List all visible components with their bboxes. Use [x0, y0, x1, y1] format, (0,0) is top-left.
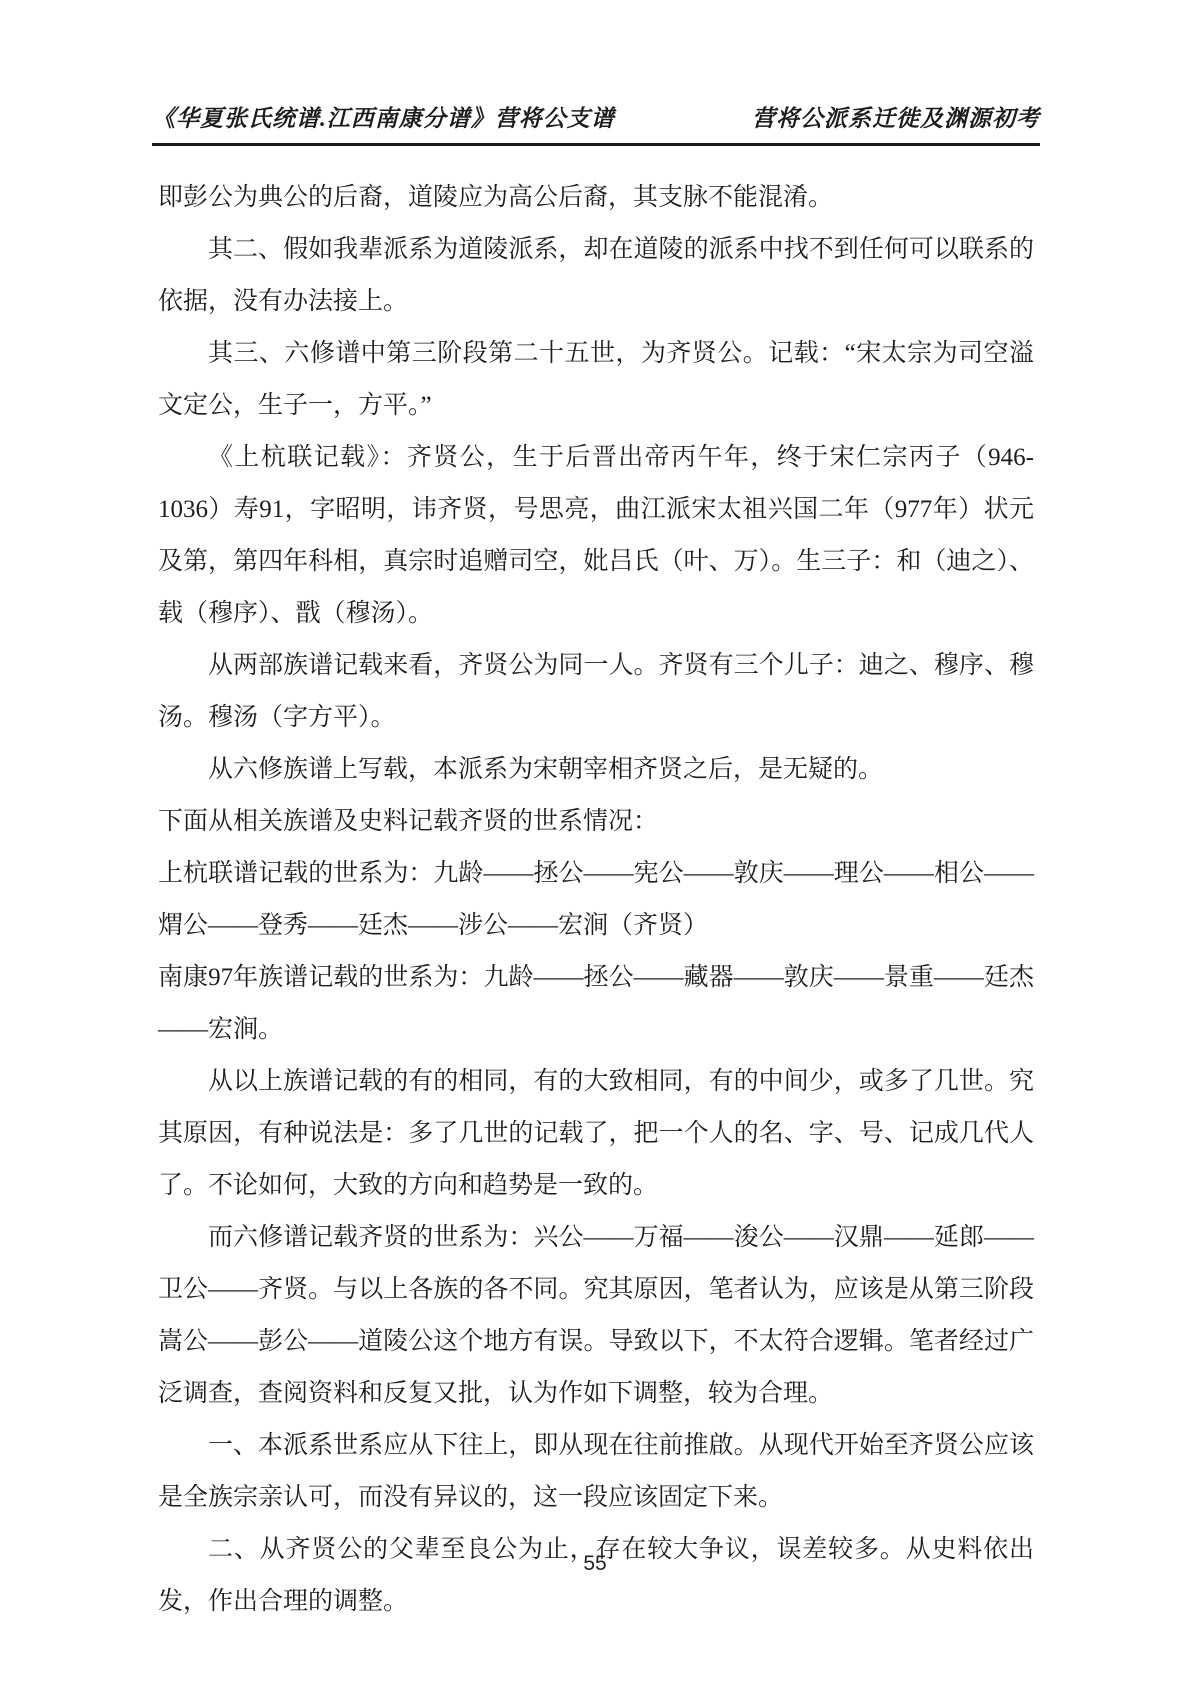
paragraph: 从六修族谱上写载，本派系为宋朝宰相齐贤之后，是无疑的。 — [158, 744, 1034, 796]
paragraph: 其三、六修谱中第三阶段第二十五世，为齐贤公。记载：“宋太宗为司空溢文定公，生子一… — [158, 328, 1034, 432]
document-page: 《华夏张氏统谱.江西南康分谱》营将公支谱 营将公派系迁徙及渊源初考 即彭公为典公… — [0, 0, 1190, 1683]
page-footer: 55 — [0, 1552, 1190, 1576]
paragraph: 二、从齐贤公的父辈至良公为止，存在较大争议，误差较多。从史料依出发，作出合理的调… — [158, 1524, 1034, 1628]
paragraph: 即彭公为典公的后裔，道陵应为高公后裔，其支脉不能混淆。 — [158, 172, 1034, 224]
paragraph: 下面从相关族谱及史料记载齐贤的世系情况： — [158, 796, 1034, 848]
paragraph: 其二、假如我辈派系为道陵派系，却在道陵的派系中找不到任何可以联系的依据，没有办法… — [158, 224, 1034, 328]
paragraph: 上杭联谱记载的世系为：九龄——拯公——宪公——敦庆——理公——相公——煟公——登… — [158, 848, 1034, 952]
page-header: 《华夏张氏统谱.江西南康分谱》营将公支谱 营将公派系迁徙及渊源初考 — [152, 100, 1040, 146]
paragraph: 南康97年族谱记载的世系为：九龄——拯公——藏器——敦庆——景重——廷杰——宏涧… — [158, 952, 1034, 1056]
paragraph: 一、本派系世系应从下往上，即从现在往前推啟。从现代开始至齐贤公应该是全族宗亲认可… — [158, 1420, 1034, 1524]
header-right-title: 营将公派系迁徙及渊源初考 — [752, 100, 1040, 133]
paragraph: 而六修谱记载齐贤的世系为：兴公——万福——浚公——汉鼎——延郎——卫公——齐贤。… — [158, 1212, 1034, 1420]
page-number: 55 — [583, 1552, 606, 1575]
paragraph: 从两部族谱记载来看，齐贤公为同一人。齐贤有三个儿子：迪之、穆序、穆汤。穆汤（字方… — [158, 640, 1034, 744]
paragraph: 从以上族谱记载的有的相同，有的大致相同，有的中间少，或多了几世。究其原因，有种说… — [158, 1056, 1034, 1212]
document-body: 即彭公为典公的后裔，道陵应为高公后裔，其支脉不能混淆。其二、假如我辈派系为道陵派… — [158, 172, 1034, 1628]
header-left-title: 《华夏张氏统谱.江西南康分谱》营将公支谱 — [152, 100, 615, 133]
paragraph: 《上杭联记载》：齐贤公，生于后晋出帝丙午年，终于宋仁宗丙子（946-1036）寿… — [158, 432, 1034, 640]
